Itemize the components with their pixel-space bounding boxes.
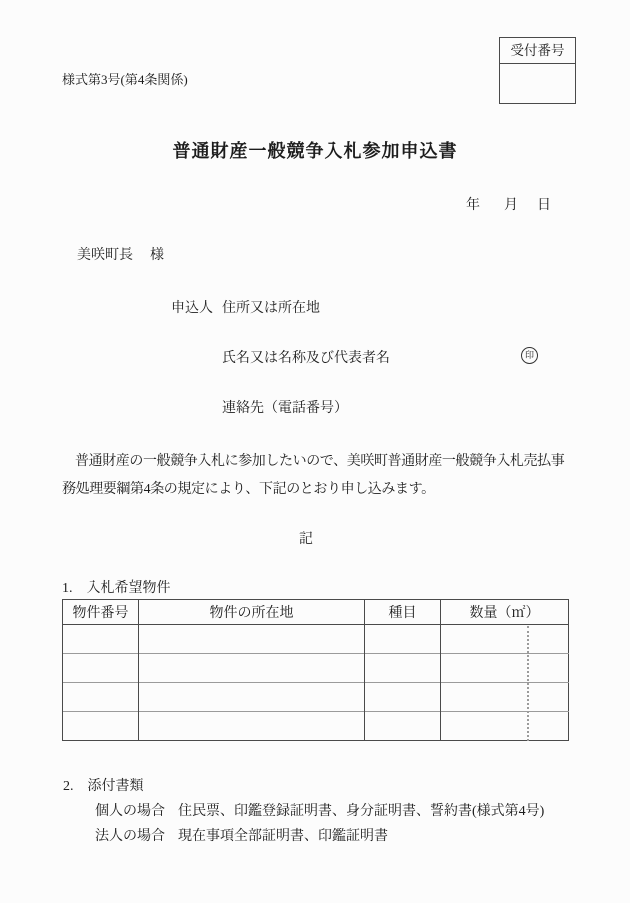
body-line-2: 務処理要綱第4条の規定により、下記のとおり申し込みます。 [62, 476, 582, 504]
body-paragraph: 普通財産の一般競争入札に参加したいので、美咲町普通財産一般競争入札売払事 務処理… [62, 448, 582, 504]
reception-number-box: 受付番号 [499, 37, 576, 104]
table-row [63, 625, 569, 654]
cell-category [365, 712, 441, 741]
col-header-category: 種目 [365, 600, 441, 625]
reception-number-label: 受付番号 [500, 38, 575, 64]
cell-property-location [139, 712, 365, 741]
application-form-page: 受付番号 様式第3号(第4条関係) 普通財産一般競争入札参加申込書 年 月 日 … [0, 0, 630, 903]
case-label-corporate: 法人の場合 [95, 829, 165, 844]
cell-category [365, 654, 441, 683]
col-header-property-location: 物件の所在地 [139, 600, 365, 625]
reception-number-value [500, 64, 575, 103]
col-header-property-number: 物件番号 [63, 600, 139, 625]
cell-category [365, 683, 441, 712]
documents-list-individual: 住民票、印鑑登録証明書、身分証明書、誓約書(様式第4号) [178, 804, 544, 819]
recipient-name: 美咲町長 [77, 248, 133, 263]
date-month-label: 月 [504, 194, 518, 214]
date-day-label: 日 [537, 194, 551, 214]
recipient-honorific: 様 [150, 248, 164, 263]
attachment-item-individual: 個人の場合住民票、印鑑登録証明書、身分証明書、誓約書(様式第4号) [95, 800, 544, 820]
table-header-row: 物件番号 物件の所在地 種目 数量（㎡） [63, 600, 569, 625]
documents-list-corporate: 現在事項全部証明書、印鑑証明書 [178, 829, 388, 844]
seal-mark-icon: 印 [521, 347, 538, 364]
cell-property-number [63, 683, 139, 712]
col-header-quantity: 数量（㎡） [441, 600, 569, 625]
applicant-label: 申込人 [171, 297, 213, 317]
cell-quantity [441, 625, 569, 654]
quantity-decimal-guide-line [527, 626, 529, 741]
cell-property-number [63, 625, 139, 654]
cell-quantity [441, 683, 569, 712]
table-row [63, 712, 569, 741]
cell-property-number [63, 712, 139, 741]
cell-property-number [63, 654, 139, 683]
section2-heading: 2. 添付書類 [63, 775, 144, 795]
note-mark: 記 [0, 528, 612, 548]
cell-property-location [139, 683, 365, 712]
body-line-1: 普通財産の一般競争入札に参加したいので、美咲町普通財産一般競争入札売払事 [62, 448, 582, 476]
applicant-name-label: 氏名又は名称及び代表者名 [222, 347, 390, 367]
form-number: 様式第3号(第4条関係) [62, 69, 188, 88]
applicant-address-label: 住所又は所在地 [222, 297, 320, 317]
cell-property-location [139, 654, 365, 683]
recipient-line: 美咲町長様 [77, 244, 164, 264]
cell-category [365, 625, 441, 654]
page-title: 普通財産一般競争入札参加申込書 [0, 137, 630, 163]
cell-quantity [441, 712, 569, 741]
case-label-individual: 個人の場合 [95, 804, 165, 819]
table-row [63, 654, 569, 683]
attachment-item-corporate: 法人の場合現在事項全部証明書、印鑑証明書 [95, 825, 388, 845]
table-row [63, 683, 569, 712]
applicant-contact-label: 連絡先（電話番号） [222, 397, 348, 417]
cell-quantity [441, 654, 569, 683]
date-year-label: 年 [466, 194, 480, 214]
cell-property-location [139, 625, 365, 654]
section1-heading: 1. 入札希望物件 [62, 577, 171, 597]
property-table: 物件番号 物件の所在地 種目 数量（㎡） [62, 599, 569, 741]
